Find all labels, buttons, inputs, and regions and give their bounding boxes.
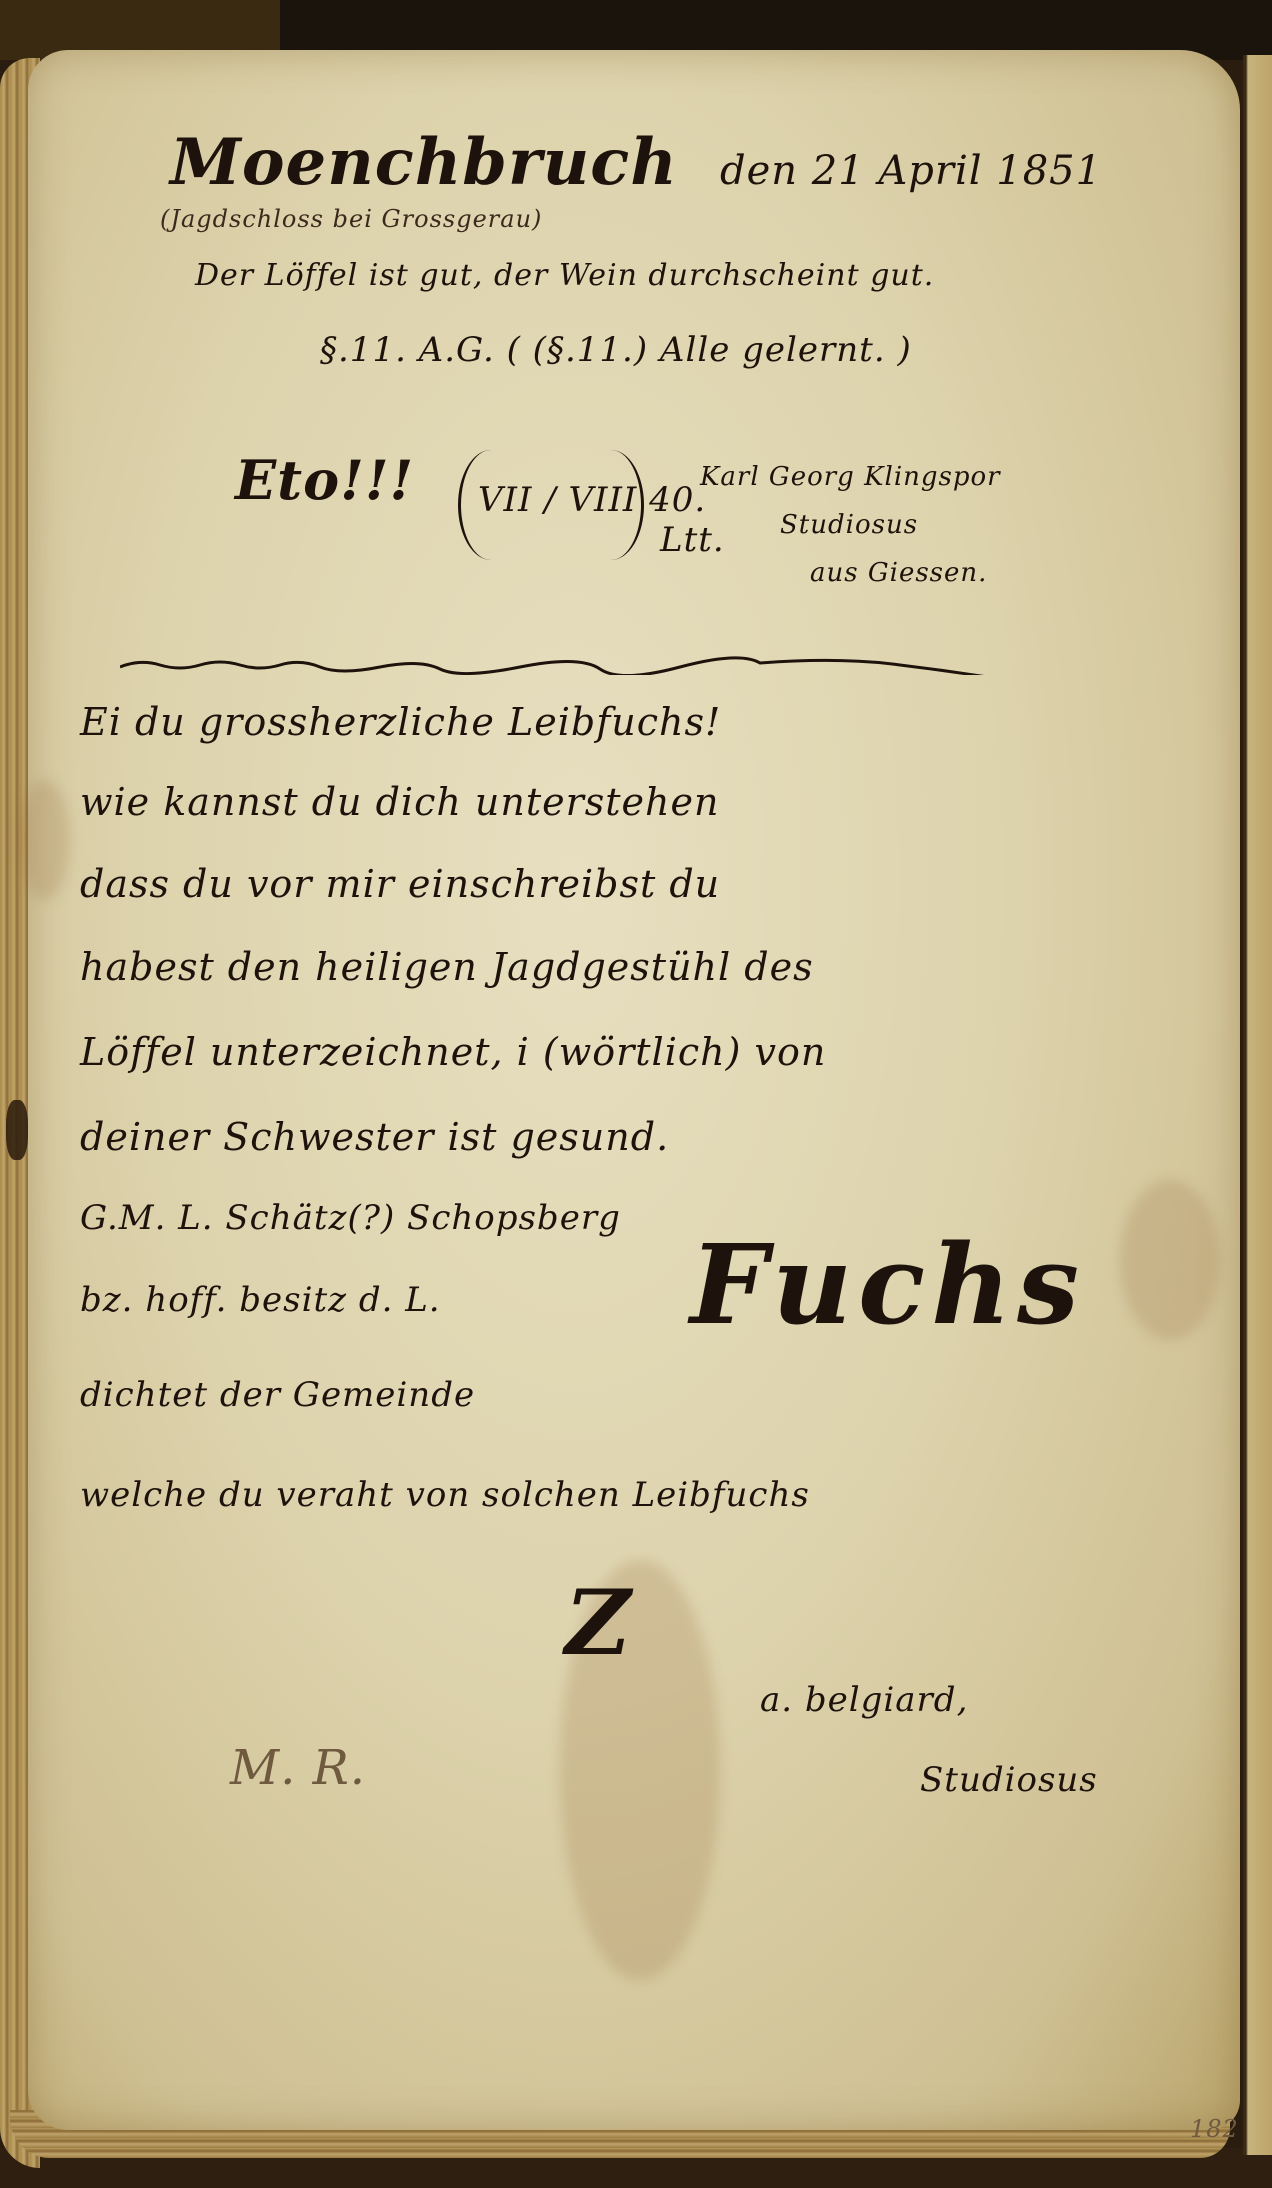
closing-line-2: Studiosus [920,1760,1098,1800]
eto-exclamation: Eto!!! [235,448,414,512]
body-line: dichtet der Gemeinde [80,1375,475,1415]
signature-paraph: Z [565,1570,632,1676]
body-line: Löffel unterzeichnet, i (wörtlich) von [80,1030,826,1074]
body-line: bz. hoff. besitz d. L. [80,1280,441,1320]
closing-line-1: a. belgiard, [760,1680,968,1720]
gutter-ink-blot [6,1100,28,1160]
body-line: G.M. L. Schätz(?) Schopsberg [80,1198,621,1238]
book-right-edge [1243,55,1272,2155]
monogram-initials: M. R. [230,1740,366,1796]
initials-mark: Ltt. [660,520,725,560]
body-line: Ei du grossherzliche Leibfuchs! [80,700,721,744]
body-line: dass du vor mir einschreibst du [80,862,720,906]
officer-origin: aus Giessen. [810,558,987,588]
entry-date: den 21 April 1851 [720,148,1102,194]
officer-name: Karl Georg Klingspor [700,462,1001,492]
officer-title: Studiosus [780,510,918,540]
wavy-divider [120,655,1000,675]
place-subnote: (Jagdschloss bei Grossgerau) [160,205,542,233]
place-name: Moenchbruch [170,125,678,200]
water-stain [1120,1180,1220,1340]
body-line: deiner Schwester ist gesund. [80,1115,669,1159]
large-signature: Fuchs [690,1220,1085,1349]
folio-number: 182 [1190,2115,1239,2143]
reference-numerals: VII / VIII 40. [478,480,706,520]
header-line-3: §.11. A.G. ( (§.11.) Alle gelernt. ) [320,330,912,370]
header-line-2: Der Löffel ist gut, der Wein durchschein… [195,258,934,293]
body-line: wie kannst du dich unterstehen [80,780,719,824]
edge-stain [20,780,70,900]
body-line: welche du veraht von solchen Leibfuchs [80,1475,810,1515]
body-line: habest den heiligen Jagdgestühl des [80,945,814,989]
